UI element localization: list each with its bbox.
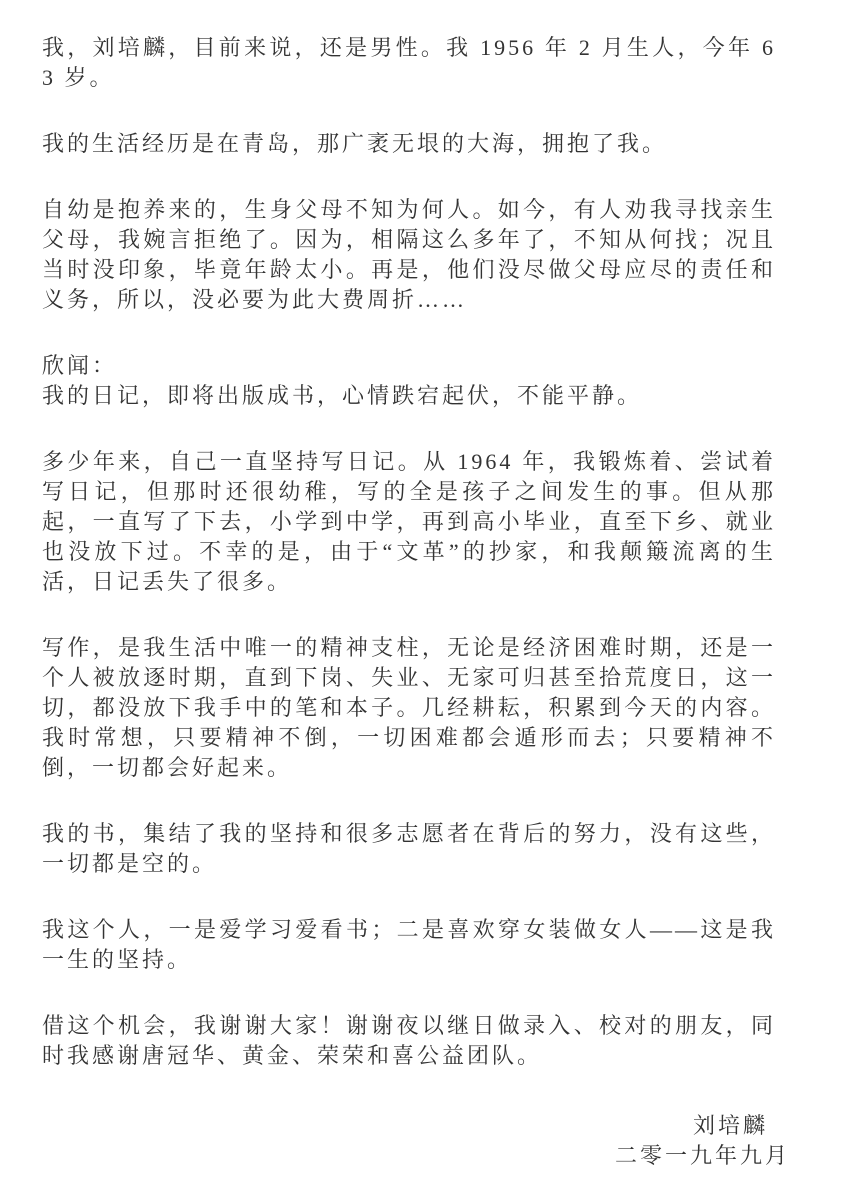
good-news-body: 我的日记，即将出版成书，心情跌宕起伏，不能平静。 bbox=[42, 381, 776, 411]
paragraph-thanks: 借这个机会，我谢谢大家！谢谢夜以继日做录入、校对的朋友，同时我感谢唐冠华、黄金、… bbox=[42, 1011, 776, 1071]
good-news-heading: 欣闻： bbox=[42, 351, 776, 381]
paragraph-writing-spirit: 写作，是我生活中唯一的精神支柱，无论是经济困难时期，还是一个人被放逐时期，直到下… bbox=[42, 633, 776, 783]
paragraph-diary-history: 多少年来，自己一直坚持写日记。从 1964 年，我锻炼着、尝试着写日记，但那时还… bbox=[42, 447, 776, 597]
paragraph-book-volunteers: 我的书，集结了我的坚持和很多志愿者在背后的努力，没有这些，一切都是空的。 bbox=[42, 819, 776, 879]
signature-block: 刘培麟 二零一九年九月 bbox=[42, 1111, 790, 1171]
paragraph-qingdao-life: 我的生活经历是在青岛，那广袤无垠的大海，拥抱了我。 bbox=[42, 129, 776, 159]
letter-page: 我，刘培麟，目前来说，还是男性。我 1956 年 2 月生人，今年 63 岁。 … bbox=[0, 0, 864, 1188]
signature-date: 二零一九年九月 bbox=[42, 1141, 790, 1171]
paragraph-good-news: 欣闻： 我的日记，即将出版成书，心情跌宕起伏，不能平静。 bbox=[42, 351, 776, 411]
paragraph-self-intro: 我，刘培麟，目前来说，还是男性。我 1956 年 2 月生人，今年 63 岁。 bbox=[42, 33, 776, 93]
signature-name: 刘培麟 bbox=[42, 1111, 768, 1141]
paragraph-adoption: 自幼是抱养来的，生身父母不知为何人。如今，有人劝我寻找亲生父母，我婉言拒绝了。因… bbox=[42, 195, 776, 315]
paragraph-personal-persistence: 我这个人，一是爱学习爱看书；二是喜欢穿女装做女人——这是我一生的坚持。 bbox=[42, 915, 776, 975]
